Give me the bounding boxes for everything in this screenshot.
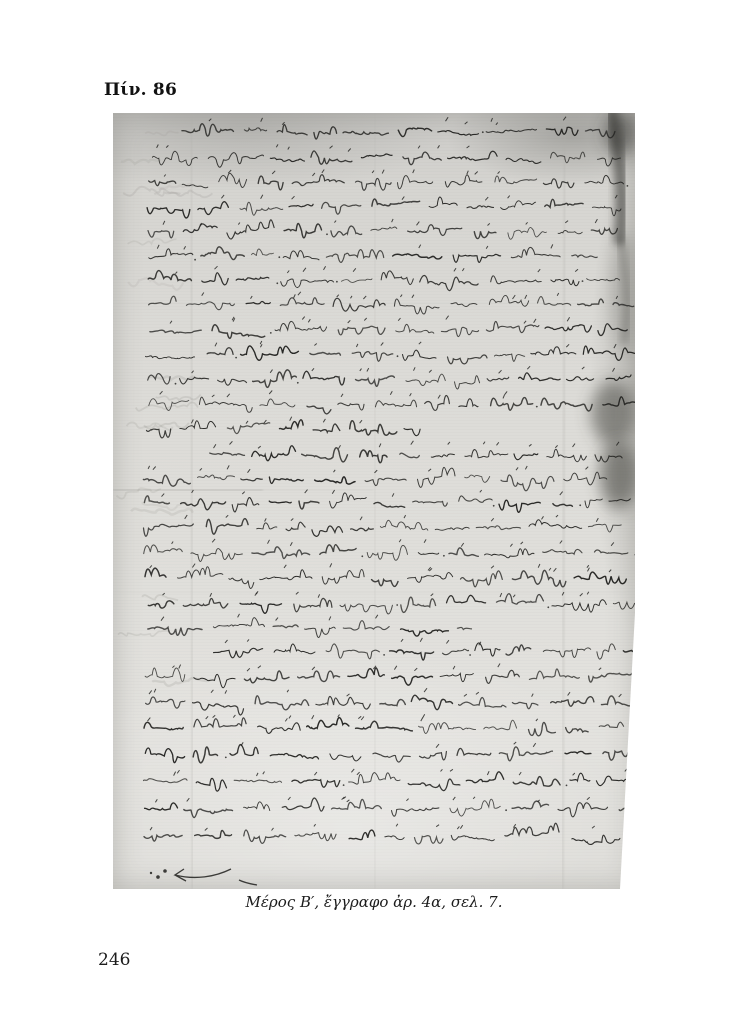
page-number: 246 [98, 950, 130, 970]
figure-caption: Μέρος Β′, ἔγγραφο ἀρ. 4α, σελ. 7. [113, 893, 635, 911]
book-page: Πίν. 86 Μέρος Β′, ἔγγραφο ἀρ. 4α, σελ. 7… [0, 0, 743, 1027]
manuscript-scan-svg [113, 113, 635, 889]
plate-label: Πίν. 86 [104, 80, 177, 100]
handwriting-lines [143, 117, 635, 845]
bleedthrough-marks [117, 131, 213, 686]
ink-flourish [150, 869, 257, 885]
ink-stains [591, 113, 635, 509]
manuscript-scan [113, 113, 635, 889]
